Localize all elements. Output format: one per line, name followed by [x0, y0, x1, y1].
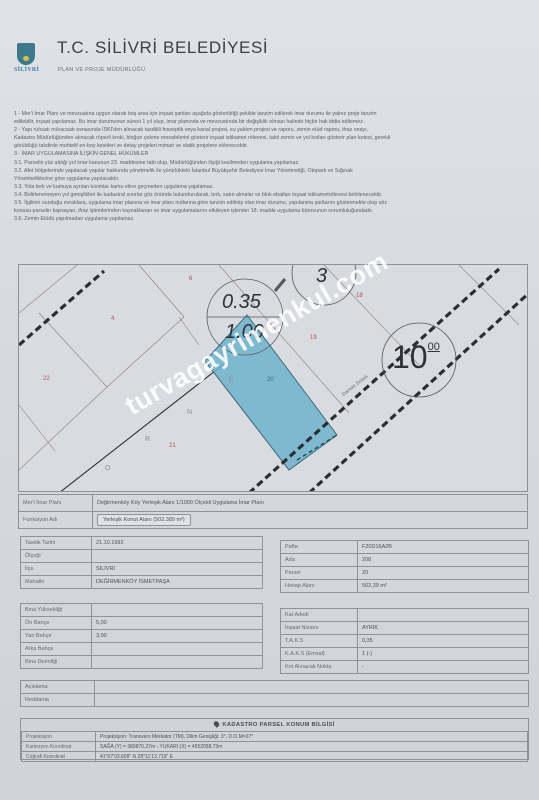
approval-date-value: 21.10.1992 [92, 537, 263, 550]
remarks-value [95, 694, 529, 707]
municipality-logo: SİLİVRİ [14, 43, 38, 87]
building-height-label: Bina Yüksekliği [21, 604, 92, 617]
document-subtitle: PLAN VE PROJE MÜDÜRLÜĞÜ [58, 67, 145, 73]
scale-label: Ölçeği [21, 550, 92, 563]
parcel-value: 20 [358, 567, 529, 580]
table-row: T.A.K.S0,35 [281, 635, 529, 648]
construction-order-label: İnşaat Nizamı [281, 622, 358, 635]
geographic-value: 41°07'03.609" N 28°11'13.719" E [96, 752, 528, 762]
neighborhood-label: Mahalle [21, 576, 92, 589]
table-row: Hesap Alanı502,39 m² [281, 580, 529, 593]
kaks-value: 1 (-) [358, 648, 529, 661]
taks-value: 0,35 [358, 635, 529, 648]
elevation-point-value: - [358, 661, 529, 674]
area-value: 502,39 m² [358, 580, 529, 593]
provision-line: Yönetmeliklerine göre uygulama yapılacak… [14, 175, 529, 183]
table-row: İlçeSİLİVRİ [21, 563, 263, 576]
front-yard-label: Ön Bahçe [21, 617, 92, 630]
provision-line: Kadastro Müdürlüğünden alınacak röperli … [14, 134, 529, 142]
logo-text: SİLİVRİ [14, 67, 38, 73]
side-yard-label: Yan Bahçe [21, 630, 92, 643]
building-height-value [92, 604, 263, 617]
table-row: PaftaF20D16A2B [281, 541, 529, 554]
table-row: Reddama [21, 694, 529, 707]
cadastre-table: ProjeksiyonProjeksiyon: Transvers Merkat… [21, 731, 528, 762]
floor-count-value [358, 609, 529, 622]
provision-line: 3.5. İlgilinin sunduğu evraklara, uygula… [14, 199, 529, 207]
table-row: K.A.K.S (Emsal)1 (-) [281, 648, 529, 661]
area-letter-e: E [229, 377, 234, 384]
table-row: Fonksiyon Adı Yerleşik Konut Alanı (502.… [19, 512, 528, 529]
side-yard-value: 3,00 [92, 630, 263, 643]
table-row: Yan Bahçe3,00 [21, 630, 263, 643]
table-row: Ada208 [281, 554, 529, 567]
projection-label: Projeksiyon [22, 732, 96, 742]
document-title: T.C. SİLİVRİ BELEDİYESİ [57, 38, 268, 58]
table-row: Açıklama [21, 681, 529, 694]
explanation-label: Açıklama [21, 681, 95, 694]
parcel-label-20: 20 [267, 377, 274, 383]
taks-label: T.A.K.S [281, 635, 358, 648]
block-value: 208 [358, 554, 529, 567]
plan-table: Mer'i İmar Planı Değirmenköy Köy Yerleşi… [18, 494, 528, 529]
building-depth-label: Bina Derinliği [21, 656, 92, 669]
table-row: Mer'i İmar Planı Değirmenköy Köy Yerleşi… [19, 495, 528, 512]
district-label: İlçe [21, 563, 92, 576]
rear-yard-value [92, 643, 263, 656]
parcel-label: Parsel [281, 567, 358, 580]
general-provisions: 1 - Mer'i İmar Planı ve mevzuatına uygun… [14, 110, 529, 223]
table-row: Bina Yüksekliği [21, 604, 263, 617]
function-label: Fonksiyon Adı [19, 512, 93, 529]
cadastre-location-section: KADASTRO PARSEL KONUM BİLGİSİ Projeksiyo… [20, 718, 529, 760]
setback-table: Bina Yüksekliği Ön Bahçe5,00 Yan Bahçe3,… [20, 603, 263, 669]
scale-value [92, 550, 263, 563]
table-row: Arka Bahçe [21, 643, 263, 656]
area-letter-n: N [187, 409, 192, 416]
table-row: Kot Alınacak Nokta- [281, 661, 529, 674]
rear-yard-label: Arka Bahçe [21, 643, 92, 656]
provision-line: 3.6. Zemin Etüdü yapılmadan uygulama yap… [14, 215, 529, 223]
cartesian-value: SAĞA (Y) = 389870.27m - YUKARI (X) = 455… [96, 742, 528, 752]
provision-line: edilebilir, inşaat yapılamaz. Bu imar du… [14, 118, 529, 126]
kaks-label: K.A.K.S (Emsal) [281, 648, 358, 661]
cartesian-label: Kartezyen Koordinat [22, 742, 96, 752]
cadastre-title-text: KADASTRO PARSEL KONUM BİLGİSİ [222, 722, 334, 728]
construction-table: Kat Adedi İnşaat NizamıAYRIK T.A.K.S0,35… [280, 608, 529, 674]
neighborhood-value: DEĞİRMENKÖY İSMETPAŞA [92, 576, 263, 589]
table-row: İnşaat NizamıAYRIK [281, 622, 529, 635]
area-letter-r: R [145, 436, 150, 443]
road-width-main: 10 [392, 339, 428, 375]
construction-order-value: AYRIK [358, 622, 529, 635]
table-row: Kat Adedi [281, 609, 529, 622]
table-row: Tasdik Tarihi21.10.1992 [21, 537, 263, 550]
plan-label: Mer'i İmar Planı [19, 495, 93, 512]
floor-count-label: Kat Adedi [281, 609, 358, 622]
front-yard-value: 5,00 [92, 617, 263, 630]
table-row: Ön Bahçe5,00 [21, 617, 263, 630]
table-row: Bina Derinliği [21, 656, 263, 669]
sheet-label: Pafta [281, 541, 358, 554]
provision-line: 3.1. Parselin yüz aldığı yol imar kanunu… [14, 159, 529, 167]
parcel-map: 6 4 22 18 19 20 21 0.35 1.00 3 1000 Dama… [18, 264, 528, 492]
ratio-taks: 0.35 [222, 291, 261, 314]
location-pin-icon [213, 720, 221, 728]
provision-line: konusu parselin kapsayan, ifraz işlemler… [14, 207, 529, 215]
table-row: Ölçeği [21, 550, 263, 563]
parcel-label-4: 4 [111, 316, 114, 322]
projection-value: Projeksiyon: Transvers Merkator (TM), Di… [96, 732, 528, 742]
approval-date-label: Tasdik Tarihi [21, 537, 92, 550]
parcel-label-6: 6 [189, 276, 192, 282]
parcel-table: PaftaF20D16A2B Ada208 Parsel20 Hesap Ala… [280, 540, 529, 593]
parcel-label-22: 22 [43, 376, 50, 382]
block-label: Ada [281, 554, 358, 567]
provision-line: 3.2. Afet bölgelerinde yapılacak yapılar… [14, 167, 529, 175]
table-row: Parsel20 [281, 567, 529, 580]
parcel-label-21: 21 [169, 443, 176, 449]
table-row: Coğrafi Koordinat41°07'03.609" N 28°11'1… [22, 752, 528, 762]
provision-line: 1 - Mer'i İmar Planı ve mevzuatına uygun… [14, 110, 529, 118]
area-label: Hesap Alanı [281, 580, 358, 593]
district-value: SİLİVRİ [92, 563, 263, 576]
shield-icon [17, 43, 35, 65]
explanation-value [95, 681, 529, 694]
zoning-document: SİLİVRİ T.C. SİLİVRİ BELEDİYESİ PLAN VE … [0, 0, 539, 800]
cadastre-title: KADASTRO PARSEL KONUM BİLGİSİ [21, 719, 528, 731]
parcel-label-19: 19 [310, 335, 317, 341]
road-width-sup: 00 [428, 341, 440, 353]
geographic-label: Coğrafi Koordinat [22, 752, 96, 762]
table-row: MahalleDEĞİRMENKÖY İSMETPAŞA [21, 576, 263, 589]
provision-line: görüldüğü takdirde muhtelif en-boy kesit… [14, 142, 529, 150]
provision-line: 3.4. Belirlenemeyen yol genişlikleri ile… [14, 191, 529, 199]
building-depth-value [92, 656, 263, 669]
sheet-value: F20D16A2B [358, 541, 529, 554]
location-table: Tasdik Tarihi21.10.1992 Ölçeği İlçeSİLİV… [20, 536, 263, 589]
area-letter-o: O [105, 465, 110, 472]
remarks-label: Reddama [21, 694, 95, 707]
plan-value: Değirmenköy Köy Yerleşik Alanı 1/1000 Öl… [93, 495, 528, 512]
provision-line: 3.3. Yola terk ve kamuya ayrılan kısımla… [14, 183, 529, 191]
table-row: Kartezyen KoordinatSAĞA (Y) = 389870.27m… [22, 742, 528, 752]
road-width: 1000 [392, 339, 440, 376]
elevation-point-label: Kot Alınacak Nokta [281, 661, 358, 674]
notes-table: Açıklama Reddama [20, 680, 529, 707]
provision-line: 3 - İMAR UYGULAMASINA İLİŞKİN GENEL HÜKÜ… [14, 150, 529, 158]
table-row: ProjeksiyonProjeksiyon: Transvers Merkat… [22, 732, 528, 742]
function-badge[interactable]: Yerleşik Konut Alanı (502.389 m²) [97, 514, 191, 526]
provision-line: 2 - Yapı ruhsatı müracaatı esnasında İSK… [14, 126, 529, 134]
